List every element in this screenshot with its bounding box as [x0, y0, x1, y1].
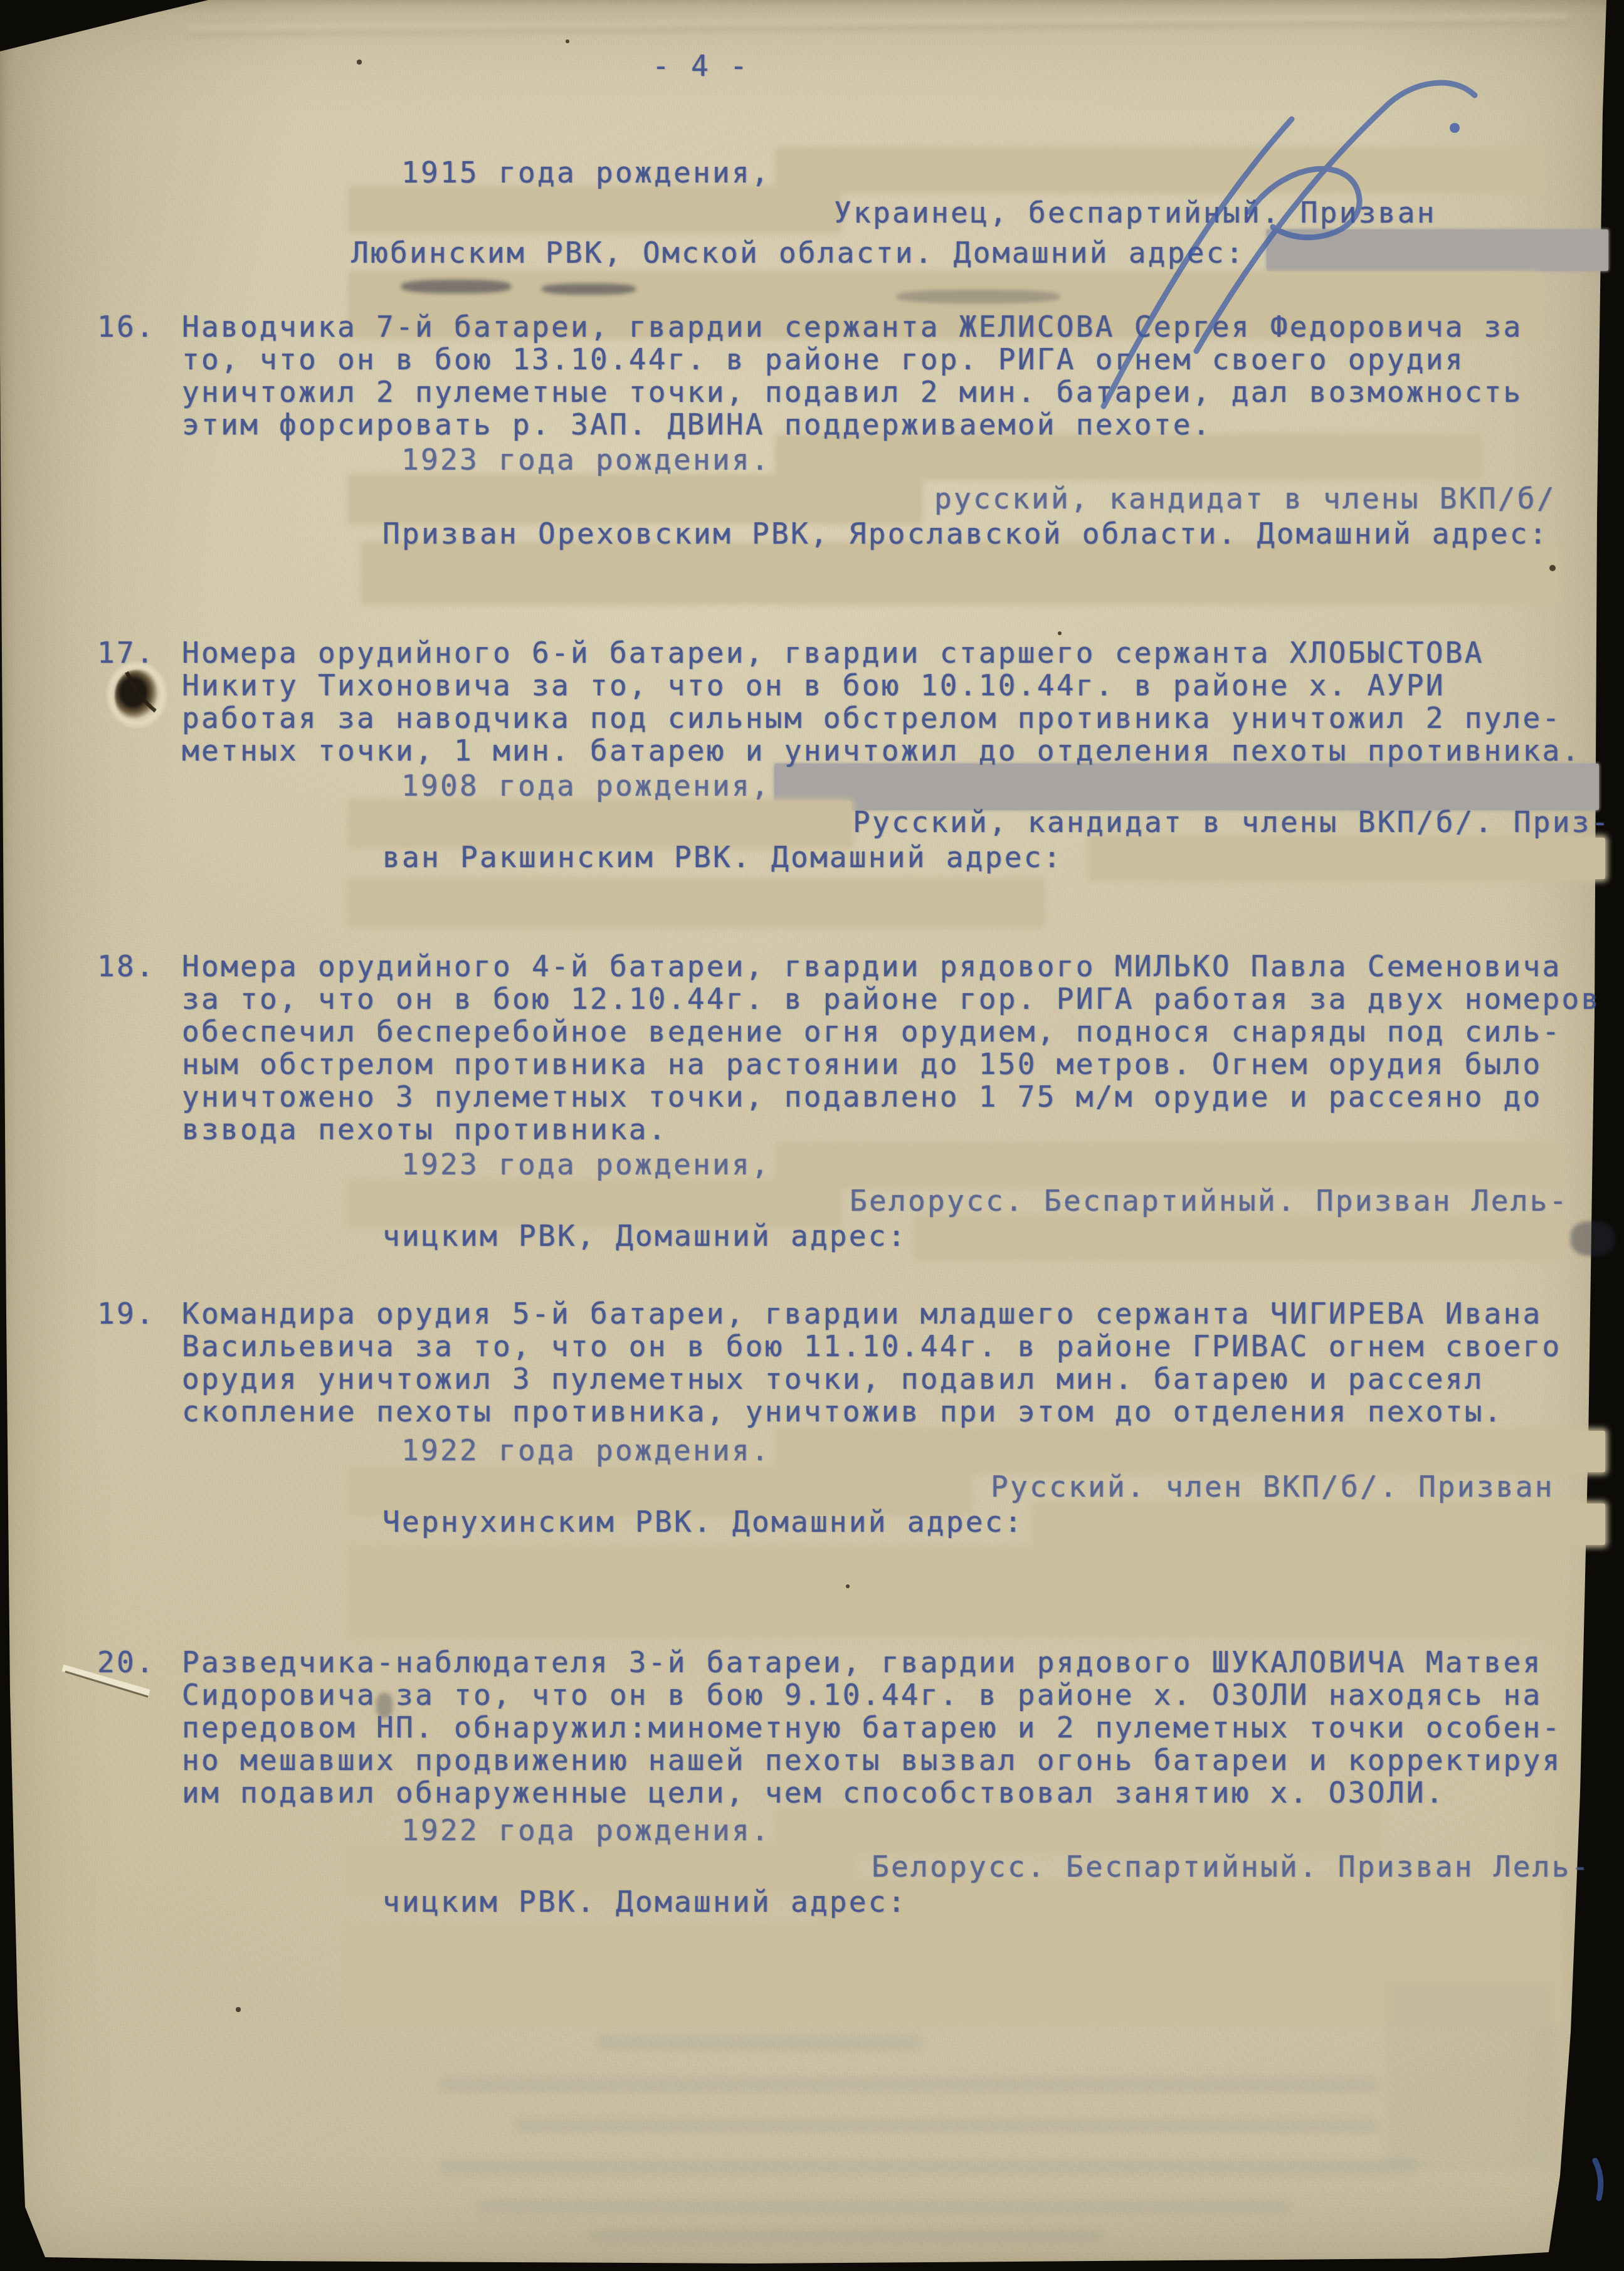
entry-19-draft-line: Чернухинским РВК. Домашний адрес:	[382, 1507, 1024, 1536]
entry-17-body-line: работая за наводчика под сильным обстрел…	[182, 703, 1562, 732]
ink-smudge	[897, 290, 1060, 303]
entry-19-body-line: Васильевича за то, что он в бою 11.10.44…	[182, 1332, 1562, 1361]
bleed-through-text	[589, 2230, 1104, 2242]
entry-20-body-line: передовом НП. обнаружил:минометную батар…	[182, 1713, 1562, 1742]
entry-20-body-line: им подавил обнаруженные цели, чем способ…	[182, 1778, 1445, 1807]
entry-17-body-line: метных точки, 1 мин. батарею и уничтожил…	[182, 736, 1581, 765]
entry-16-nationality-line: русский, кандидат в члены ВКП/б/	[934, 484, 1556, 513]
entry-19-nationality-line: Русский. член ВКП/б/. Призван	[991, 1472, 1554, 1501]
redaction-box	[821, 1882, 1558, 1924]
entry-19-number: 19.	[97, 1299, 156, 1328]
bleed-through-text	[439, 2159, 1417, 2174]
entry-17-body-line: Номера орудийного 6-й батареи, гвардии с…	[182, 638, 1484, 667]
redaction-box	[778, 149, 1542, 191]
continued-entry-nationality-line: Украинец, беспартийный. Призван	[834, 198, 1437, 227]
entry-19-body-line: скопление пехоты противника, уничтожив п…	[182, 1397, 1504, 1426]
entry-18-body-line: Номера орудийного 4-й батареи, гвардии р…	[182, 952, 1562, 981]
entry-18-body-line: ным обстрелом противника на растоянии до…	[182, 1050, 1542, 1078]
entry-16-body-line: то, что он в бою 13.10.44г. в районе гор…	[182, 345, 1465, 374]
scanned-document-page: - 4 - 1915 года рождения, Украинец, бесп…	[0, 0, 1624, 2271]
redaction-box	[362, 544, 1557, 602]
redaction-box	[778, 1431, 1605, 1472]
redaction-box	[350, 477, 920, 522]
bleed-through-text	[439, 2077, 1379, 2093]
redaction-box	[774, 764, 1599, 810]
redaction-box	[1035, 1504, 1605, 1545]
bleed-through-text	[1386, 1981, 1555, 2169]
entry-18-body-line: взвода пехоты противника.	[182, 1115, 668, 1144]
redaction-box	[350, 880, 1043, 925]
entry-17-body-line: Никиту Тихоновича за то, что он в бою 10…	[182, 671, 1445, 700]
entry-19-body-line: орудия уничтожил 3 пулеметных точки, под…	[182, 1364, 1484, 1393]
redaction-box	[350, 188, 839, 231]
redaction-box	[778, 436, 1480, 478]
ink-smudge	[401, 280, 511, 293]
entry-18-body-line: за то, что он в бою 12.10.44г. в районе …	[182, 984, 1601, 1013]
redaction-box	[915, 1216, 1555, 1258]
entry-16-body-line: этим форсировать р. ЗАП. ДВИНА поддержив…	[182, 410, 1212, 439]
entry-20-draft-line: чицким РВК. Домашний адрес:	[382, 1887, 907, 1916]
entry-18-nationality-line: Белорусс. Беспартийный. Призван Лель-	[850, 1186, 1569, 1215]
page-number: - 4 -	[652, 51, 749, 80]
entry-20-body-line: Сидоровича за то, что он в бою 9.10.44г.…	[182, 1680, 1542, 1709]
redaction-box	[350, 1927, 1560, 2021]
entry-17-draft-line: ван Ракшинским РВК. Домашний адрес:	[382, 843, 1063, 872]
redaction-box	[1091, 838, 1605, 879]
continued-entry-draft-line: Любинским РВК, Омской области. Домашний …	[351, 238, 1245, 267]
redaction-box	[778, 1811, 1379, 1852]
entry-17-birth-line: 1908 года рождения,	[401, 771, 771, 800]
entry-17-nationality-line: Русский, кандидат в члены ВКП/б/. Приз-	[853, 808, 1611, 836]
entry-18-number: 18.	[97, 952, 156, 981]
entry-19-body-line: Командира орудия 5-й батареи, гвардии мл…	[182, 1299, 1542, 1328]
entry-18-body-line: уничтожено 3 пулеметных точки, подавлено…	[182, 1082, 1542, 1111]
entry-16-birth-line: 1923 года рождения.	[401, 445, 771, 474]
entry-20-number: 20.	[97, 1648, 156, 1677]
redaction-box	[1267, 229, 1608, 271]
entry-16-number: 16.	[97, 312, 156, 341]
entry-18-draft-line: чицким РВК, Домашний адрес:	[382, 1221, 907, 1250]
bleed-through-text	[596, 2035, 922, 2051]
paper-hole	[115, 670, 159, 720]
continued-entry-birth-line: 1915 года рождения,	[401, 158, 771, 187]
entry-16-body-line: Наводчика 7-й батареи, гвардии сержанта …	[182, 312, 1523, 341]
ink-smudge	[1571, 1221, 1615, 1256]
entry-20-nationality-line: Белорусс. Беспартийный. Призван Лель-	[872, 1852, 1591, 1881]
entry-20-body-line: но мешавших продвижению нашей пехоты выз…	[182, 1746, 1562, 1774]
bleed-through-text	[477, 2200, 1292, 2213]
entry-16-draft-line: Призван Ореховским РВК, Ярославской обла…	[382, 519, 1549, 548]
entry-20-birth-line: 1922 года рождения.	[401, 1816, 771, 1845]
redaction-box	[778, 1145, 1555, 1186]
redaction-box	[350, 1547, 1554, 1635]
ink-smudge	[542, 283, 636, 295]
entry-16-body-line: уничтожил 2 пулеметные точки, подавил 2 …	[182, 377, 1523, 406]
entry-20-body-line: Разведчика-наблюдателя 3-й батареи, гвар…	[182, 1648, 1542, 1677]
entry-19-birth-line: 1922 года рождения.	[401, 1436, 771, 1465]
entry-18-birth-line: 1923 года рождения,	[401, 1150, 771, 1179]
bleed-through-text	[514, 2118, 1379, 2133]
entry-18-body-line: обеспечил бесперебойное ведение огня ору…	[182, 1017, 1562, 1046]
